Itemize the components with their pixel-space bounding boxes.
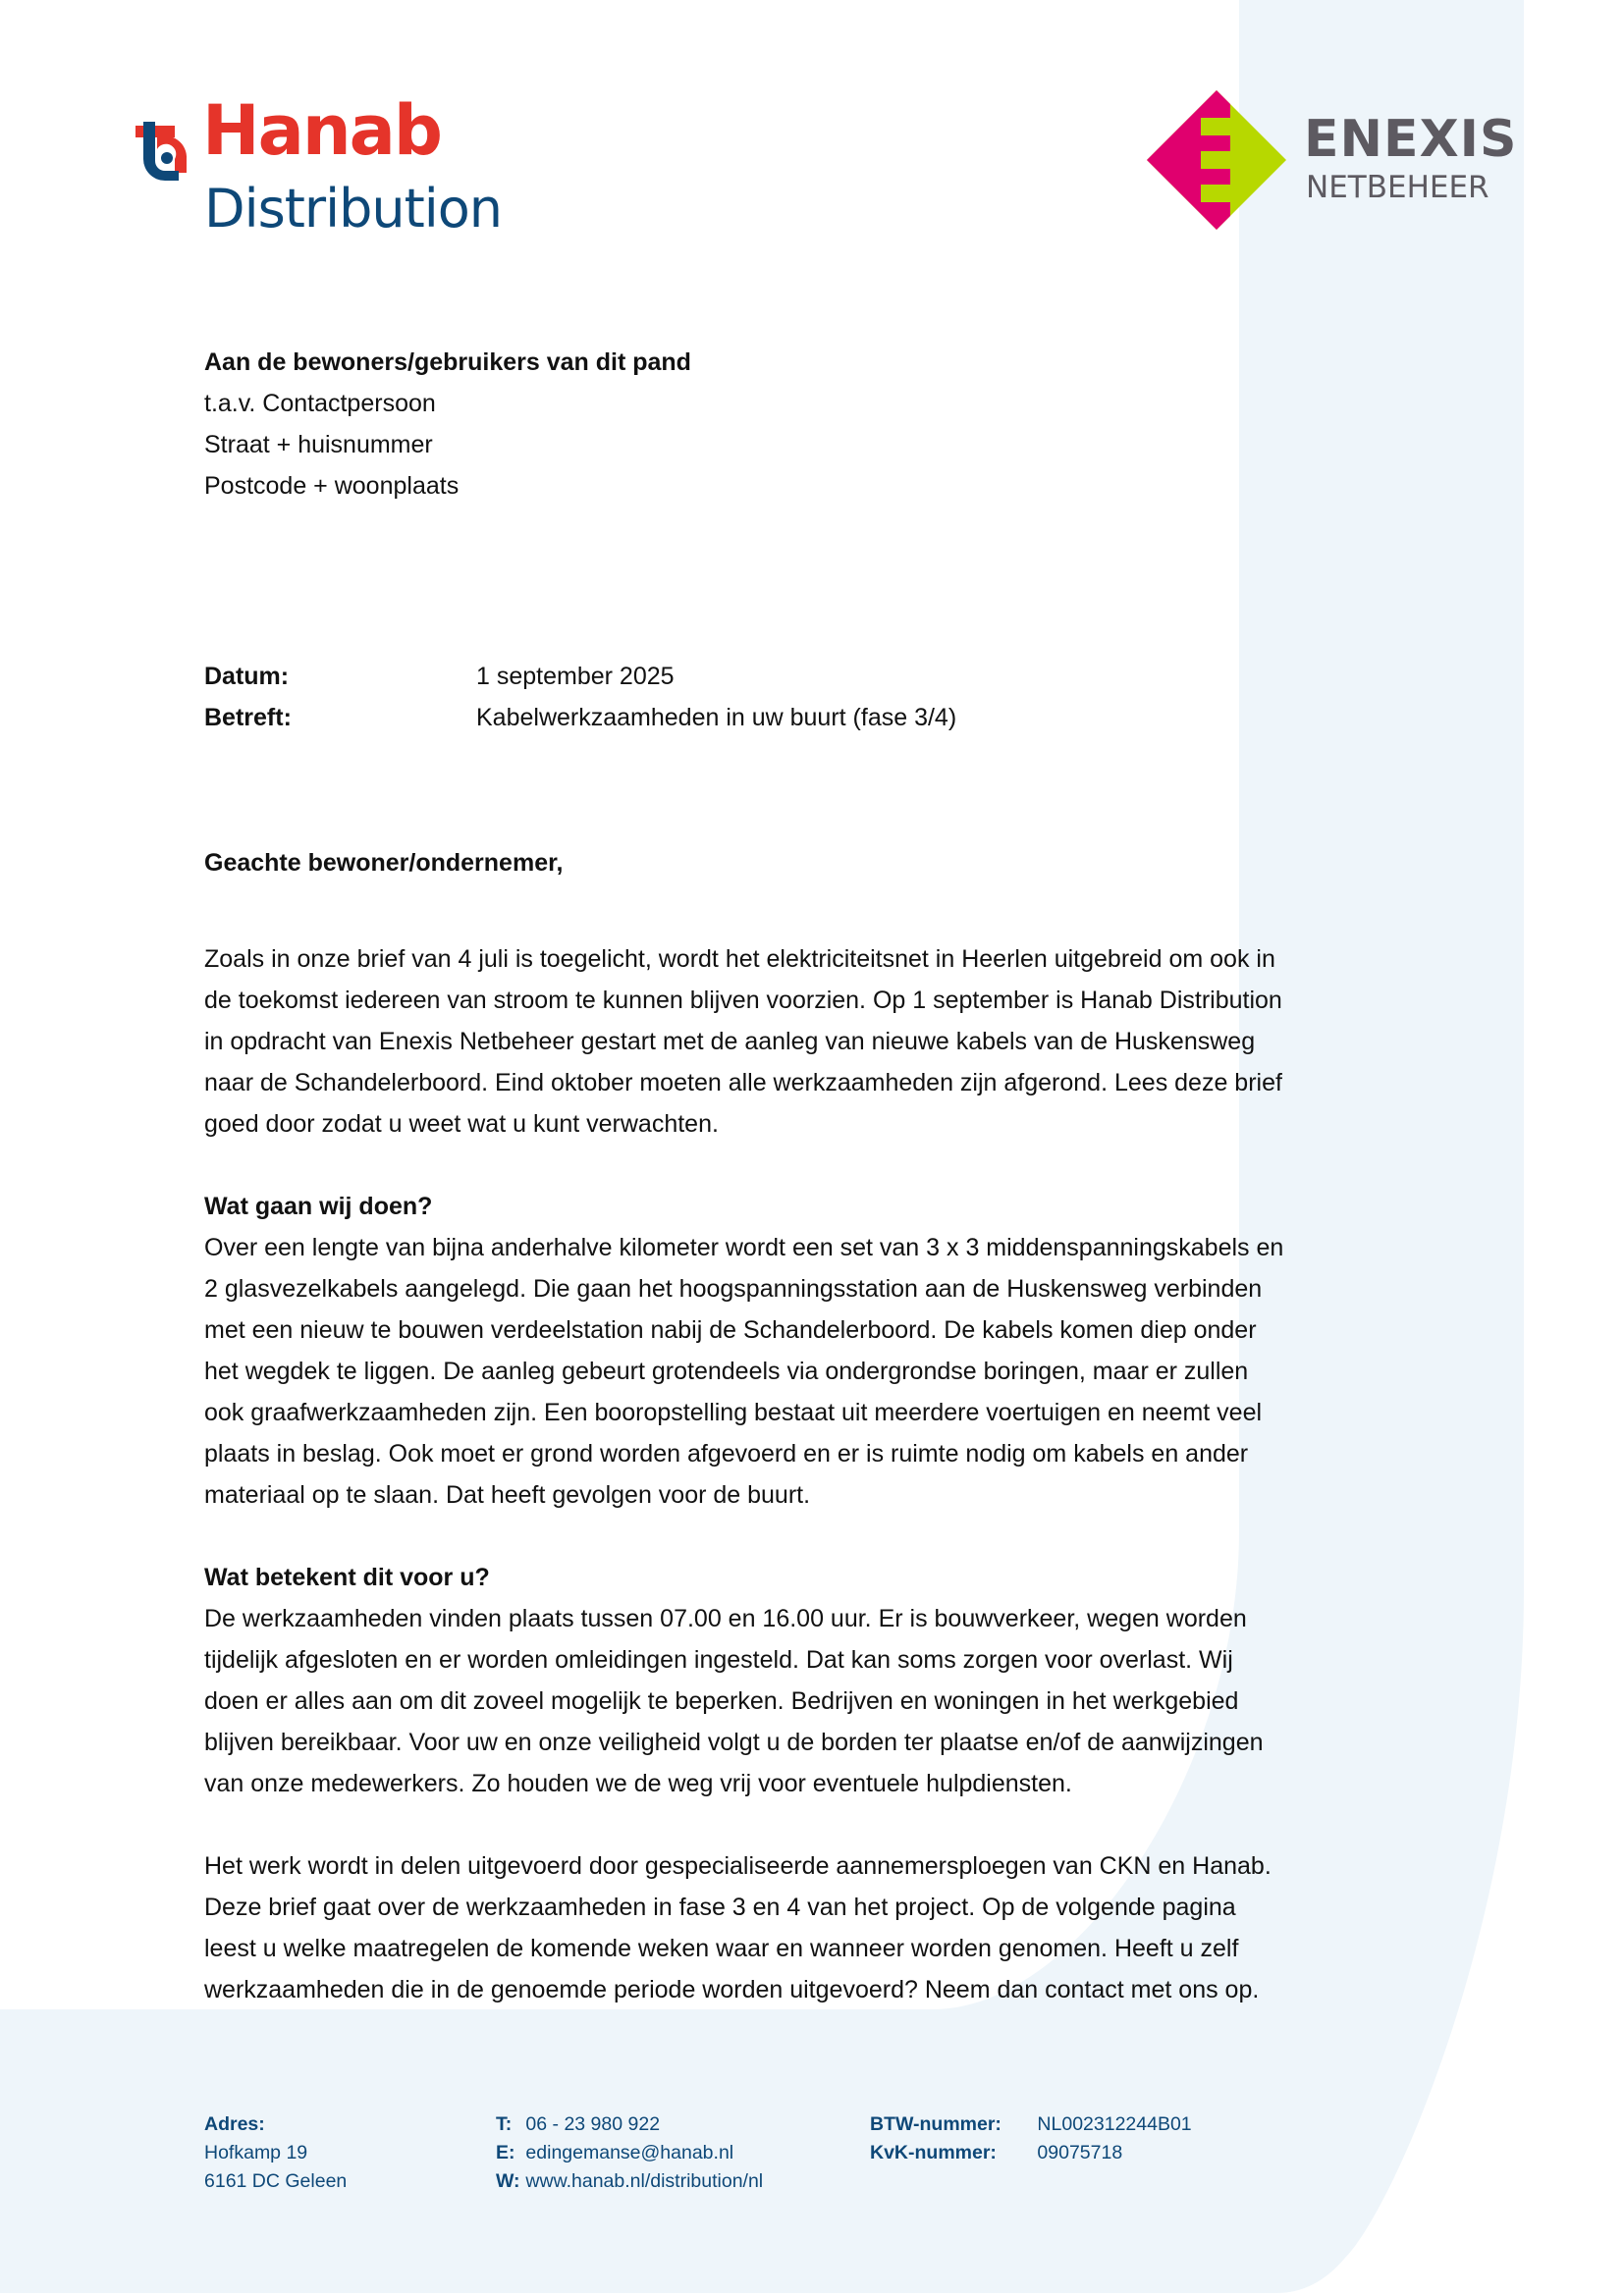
text-line: plaats in beslag. Ook moet er grond word… — [204, 1433, 1432, 1474]
text-line: Zoals in onze brief van 4 juli is toegel… — [204, 938, 1432, 980]
text-line: blijven bereikbaar. Voor uw en onze veil… — [204, 1722, 1432, 1763]
text-line: goed door zodat u weet wat u kunt verwac… — [204, 1103, 1432, 1145]
recipient-address: Aan de bewoners/gebruikers van dit pand … — [204, 342, 691, 507]
section-what-we-do: Wat gaan wij doen? Over een lengte van b… — [204, 1186, 1432, 1516]
contact-website: W: www.hanab.nl/distribution/nl — [496, 2167, 763, 2196]
hanab-wordmark: Hanab — [202, 96, 441, 165]
contact-email: E: edingemanse@hanab.nl — [496, 2139, 763, 2167]
vat-number: BTW-nummer: NL002312244B01 — [870, 2110, 1192, 2139]
hanab-mark-icon — [135, 122, 194, 181]
address-city: 6161 DC Geleen — [204, 2167, 347, 2196]
enexis-wordmark: ENEXIS — [1304, 114, 1517, 165]
text-line: De werkzaamheden vinden plaats tussen 07… — [204, 1598, 1432, 1639]
text-line: in opdracht van Enexis Netbeheer gestart… — [204, 1021, 1432, 1062]
footer-registry: BTW-nummer: NL002312244B01 KvK-nummer: 0… — [870, 2110, 1192, 2167]
closing-paragraph: Het werk wordt in delen uitgevoerd door … — [204, 1845, 1432, 2010]
date-value: 1 september 2025 — [476, 656, 675, 697]
website-link[interactable]: www.hanab.nl/distribution/nl — [525, 2170, 763, 2192]
date-row: Datum: 1 september 2025 — [204, 656, 956, 697]
text-line: naar de Schandelerboord. Eind oktober mo… — [204, 1062, 1432, 1103]
text-line: 2 glasvezelkabels aangelegd. Die gaan he… — [204, 1268, 1432, 1309]
coc-key: KvK-nummer: — [870, 2139, 1032, 2167]
subject-row: Betreft: Kabelwerkzaamheden in uw buurt … — [204, 697, 956, 738]
text-line: werkzaamheden die in de genoemde periode… — [204, 1969, 1432, 2010]
recipient-contact: t.a.v. Contactpersoon — [204, 383, 691, 424]
text-line: ook graafwerkzaamheden zijn. Een boorops… — [204, 1392, 1432, 1433]
text-line: Het werk wordt in delen uitgevoerd door … — [204, 1845, 1432, 1887]
text-line: de toekomst iedereen van stroom te kunne… — [204, 980, 1432, 1021]
text-line: Over een lengte van bijna anderhalve kil… — [204, 1227, 1432, 1268]
phone-key: T: — [496, 2110, 520, 2139]
address-label: Adres: — [204, 2110, 347, 2139]
section-heading: Wat gaan wij doen? — [204, 1186, 1432, 1227]
recipient-postcode: Postcode + woonplaats — [204, 465, 691, 507]
email-key: E: — [496, 2139, 520, 2167]
section-what-it-means: Wat betekent dit voor u? De werkzaamhede… — [204, 1557, 1432, 1804]
intro-paragraph: Zoals in onze brief van 4 juli is toegel… — [204, 938, 1432, 1145]
text-line: het wegdek te liggen. De aanleg gebeurt … — [204, 1351, 1432, 1392]
letter-meta: Datum: 1 september 2025 Betreft: Kabelwe… — [204, 656, 956, 738]
letter-body: Zoals in onze brief van 4 juli is toegel… — [204, 938, 1432, 2052]
text-line: Deze brief gaat over de werkzaamheden in… — [204, 1887, 1432, 1928]
text-line: van onze medewerkers. Zo houden we de we… — [204, 1763, 1432, 1804]
text-line: met een nieuw te bouwen verdeelstation n… — [204, 1309, 1432, 1351]
coc-number: KvK-nummer: 09075718 — [870, 2139, 1192, 2167]
hanab-subtitle: Distribution — [204, 183, 502, 236]
text-line: leest u welke maatregelen de komende wek… — [204, 1928, 1432, 1969]
date-label: Datum: — [204, 656, 476, 697]
recipient-street: Straat + huisnummer — [204, 424, 691, 465]
vat-value: NL002312244B01 — [1037, 2113, 1191, 2135]
contact-phone: T: 06 - 23 980 922 — [496, 2110, 763, 2139]
section-heading: Wat betekent dit voor u? — [204, 1557, 1432, 1598]
phone-value[interactable]: 06 - 23 980 922 — [525, 2113, 660, 2135]
subject-label: Betreft: — [204, 697, 476, 738]
text-line: materiaal op te slaan. Dat heeft gevolge… — [204, 1474, 1432, 1516]
text-line: tijdelijk afgesloten en er worden omleid… — [204, 1639, 1432, 1681]
vat-key: BTW-nummer: — [870, 2110, 1032, 2139]
address-street: Hofkamp 19 — [204, 2139, 347, 2167]
footer-address: Adres: Hofkamp 19 6161 DC Geleen — [204, 2110, 347, 2196]
website-key: W: — [496, 2167, 520, 2196]
text-line: doen er alles aan om dit zoveel mogelijk… — [204, 1681, 1432, 1722]
subject-value: Kabelwerkzaamheden in uw buurt (fase 3/4… — [476, 697, 956, 738]
email-link[interactable]: edingemanse@hanab.nl — [525, 2142, 733, 2163]
recipient-heading: Aan de bewoners/gebruikers van dit pand — [204, 342, 691, 383]
coc-value: 09075718 — [1037, 2142, 1122, 2163]
enexis-logo: ENEXIS NETBEHEER — [1147, 90, 1540, 238]
footer-contact: T: 06 - 23 980 922 E: edingemanse@hanab.… — [496, 2110, 763, 2196]
enexis-subtitle: NETBEHEER — [1306, 173, 1489, 203]
enexis-diamond-icon — [1147, 90, 1286, 230]
hanab-logo: Hanab Distribution — [132, 98, 544, 245]
salutation: Geachte bewoner/ondernemer, — [204, 842, 563, 883]
